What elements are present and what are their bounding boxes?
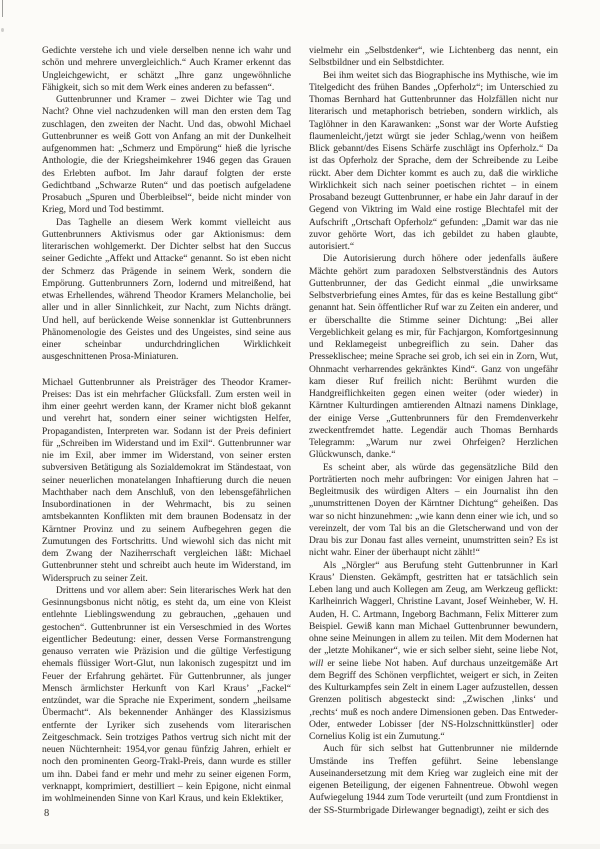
italic-word: will (309, 659, 323, 669)
page-number: 8 (44, 808, 49, 819)
paragraph-text: Als „Nörgler“ aus Berufung steht Guttenb… (309, 561, 558, 657)
paragraph: Das Taghelle an diesem Werk kommt vielle… (42, 217, 291, 364)
book-page: Gedichte verstehe ich und viele derselbe… (0, 0, 600, 849)
paragraph-text: er seine liebe Not haben. Auf durchaus u… (309, 659, 558, 743)
paragraph: Es scheint aber, als würde das gegensätz… (309, 462, 558, 560)
paragraph: Michael Guttenbrunner als Preisträger de… (42, 377, 291, 585)
paragraph: Bei ihm weitet sich das Biographische in… (309, 70, 558, 254)
scan-bottom-edge (0, 844, 600, 849)
paragraph: vielmehr ein „Selbstdenker“, wie Lichten… (309, 45, 558, 70)
paragraph: Als „Nörgler“ aus Berufung steht Guttenb… (309, 560, 558, 744)
scan-artifact-line (2, 0, 3, 17)
paragraph: Guttenbrunner und Kramer – zwei Dichter … (42, 94, 291, 217)
left-column: Gedichte verstehe ich und viele derselbe… (42, 45, 291, 817)
scan-artifact-dot (1, 28, 4, 32)
paragraph: Drittens und vor allem aber: Sein litera… (42, 585, 291, 806)
paragraph: Gedichte verstehe ich und viele derselbe… (42, 45, 291, 94)
right-column: vielmehr ein „Selbstdenker“, wie Lichten… (309, 45, 558, 817)
page-body-text: Gedichte verstehe ich und viele derselbe… (42, 45, 559, 817)
paragraph: Die Autorisierung durch höhere oder jede… (309, 253, 558, 461)
paragraph: Auch für sich selbst hat Guttenbrunner n… (309, 743, 558, 817)
